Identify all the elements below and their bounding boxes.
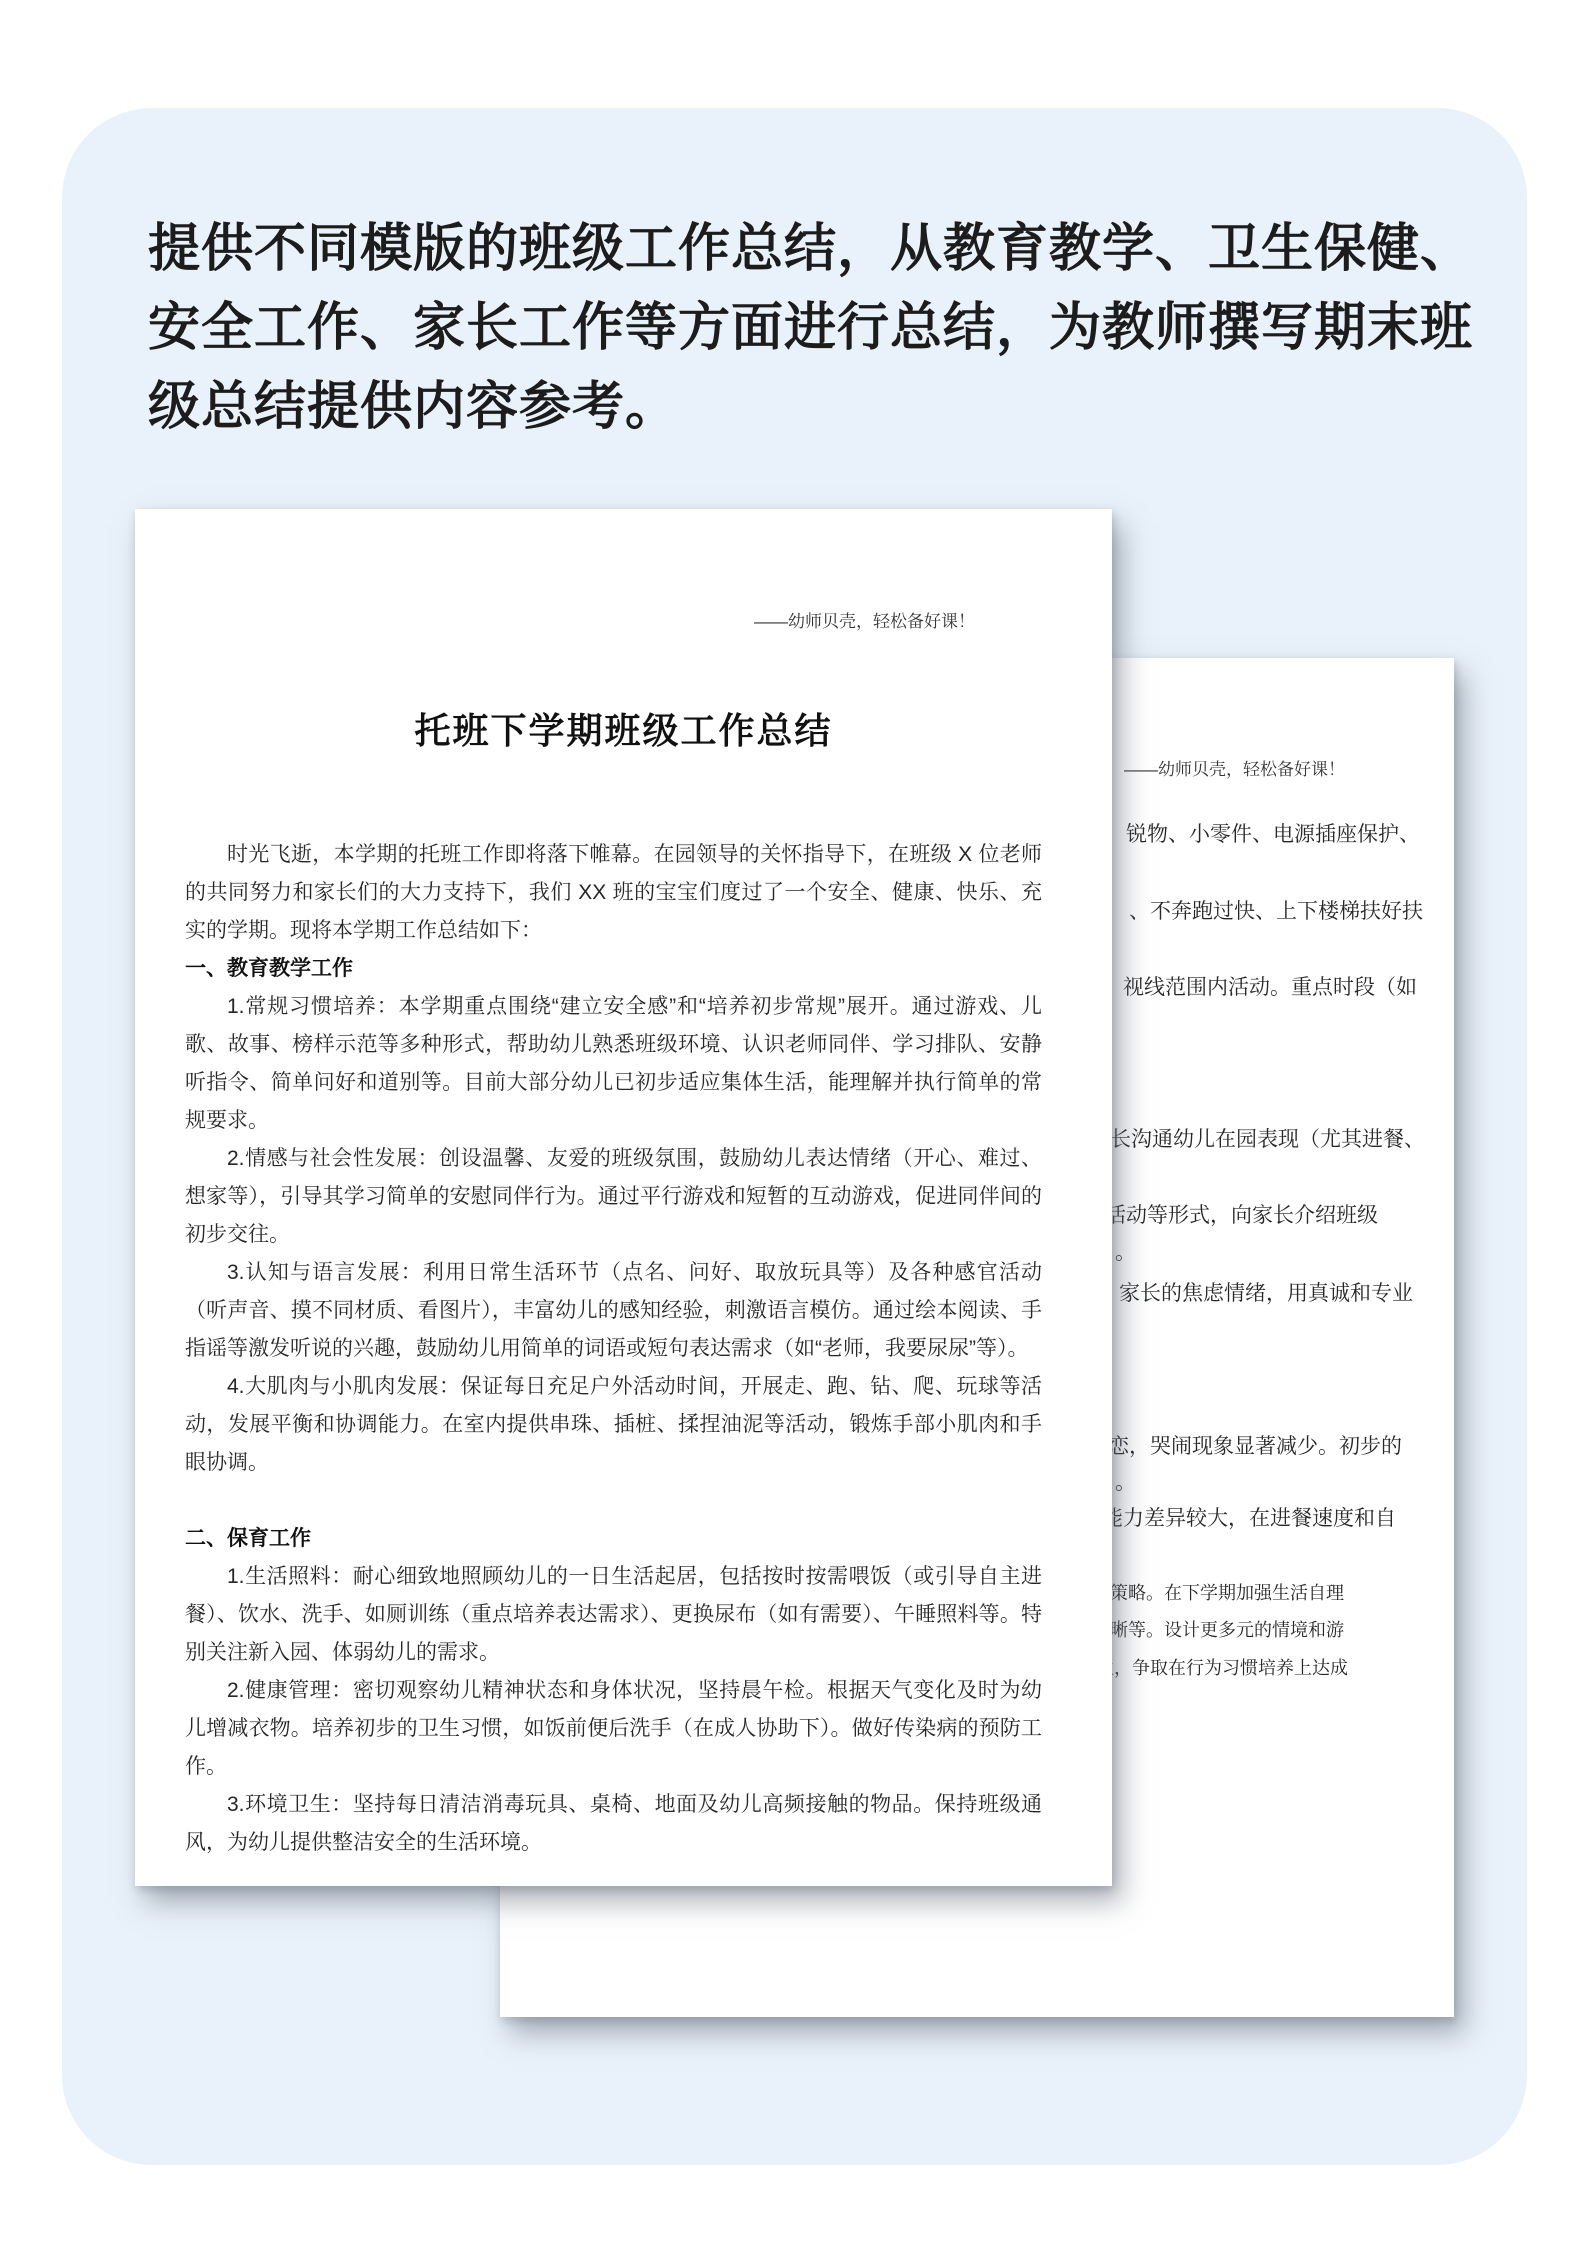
blank-line (185, 1482, 1042, 1520)
section-1-item: 2.情感与社会性发展：创设温馨、友爱的班级氛围，鼓励幼儿表达情绪（开心、难过、想… (185, 1140, 1042, 1254)
section-1-heading: 一、教育教学工作 (185, 950, 1042, 988)
back-page-text-fragment: 、不奔跑过快、上下楼梯扶好扶 (1129, 895, 1423, 925)
back-page-text-fragment: 通，争取在行为习惯培养上达成 (1096, 1654, 1348, 1680)
document-title: 托班下学期班级工作总结 (135, 703, 1112, 754)
section-2-item: 2.健康管理：密切观察幼儿精神状态和身体状况，坚持晨午检。根据天气变化及时为幼儿… (185, 1672, 1042, 1786)
section-2-item: 1.生活照料：耐心细致地照顾幼儿的一日生活起居，包括按时按需喂饭（或引导自主进餐… (185, 1558, 1042, 1672)
back-page-text-fragment: 视线范围内活动。重点时段（如 (1123, 971, 1417, 1001)
brand-slogan-back: ——幼师贝壳，轻松备好课！ (1124, 755, 1345, 780)
back-page-text-fragment: 子活动等形式，向家长介绍班级 (1084, 1199, 1378, 1229)
section-2-item: 3.环境卫生：坚持每日清洁消毒玩具、桌椅、地面及幼儿高频接触的物品。保持班级通风… (185, 1786, 1042, 1862)
promo-screenshot: 提供不同模版的班级工作总结，从教育教学、卫生保健、安全工作、家长工作等方面进行总… (0, 0, 1587, 2267)
back-page-text-fragment: 。 (1115, 1466, 1136, 1496)
document-page-front: ——幼师贝壳，轻松备好课！ 托班下学期班级工作总结 时光飞逝，本学期的托班工作即… (135, 509, 1112, 1886)
back-page-text-fragment: 能力差异较大，在进餐速度和自 (1102, 1502, 1396, 1532)
back-page-text-fragment: 恋，哭闹现象显著减少。初步的 (1108, 1430, 1402, 1460)
intro-paragraph: 时光飞逝，本学期的托班工作即将落下帷幕。在园领导的关怀指导下，在班级 X 位老师… (185, 836, 1042, 950)
feature-description: 提供不同模版的班级工作总结，从教育教学、卫生保健、安全工作、家长工作等方面进行总… (148, 210, 1478, 447)
back-page-text-fragment: 锐物、小零件、电源插座保护、 (1126, 818, 1420, 848)
back-page-text-fragment: 清晰等。设计更多元的情境和游 (1092, 1616, 1344, 1642)
back-page-text-fragment: 家长的焦虑情绪，用真诚和专业 (1119, 1277, 1413, 1307)
section-2-heading: 二、保育工作 (185, 1520, 1042, 1558)
back-page-text-fragment: 。 (1115, 1236, 1136, 1266)
section-1-item: 4.大肌肉与小肌肉发展：保证每日充足户外活动时间，开展走、跑、钻、爬、玩球等活动… (185, 1368, 1042, 1482)
section-1-item: 3.认知与语言发展：利用日常生活环节（点名、问好、取放玩具等）及各种感官活动（听… (185, 1254, 1042, 1368)
back-page-text-fragment: 长沟通幼儿在园表现（尤其进餐、 (1110, 1123, 1425, 1153)
document-body: 时光飞逝，本学期的托班工作即将落下帷幕。在园领导的关怀指导下，在班级 X 位老师… (185, 836, 1042, 1862)
section-1-item: 1.常规习惯培养：本学期重点围绕“建立安全感”和“培养初步常规”展开。通过游戏、… (185, 988, 1042, 1140)
back-page-text-fragment: 伴策略。在下学期加强生活自理 (1092, 1579, 1344, 1605)
brand-slogan: ——幼师贝壳，轻松备好课！ (754, 607, 975, 632)
